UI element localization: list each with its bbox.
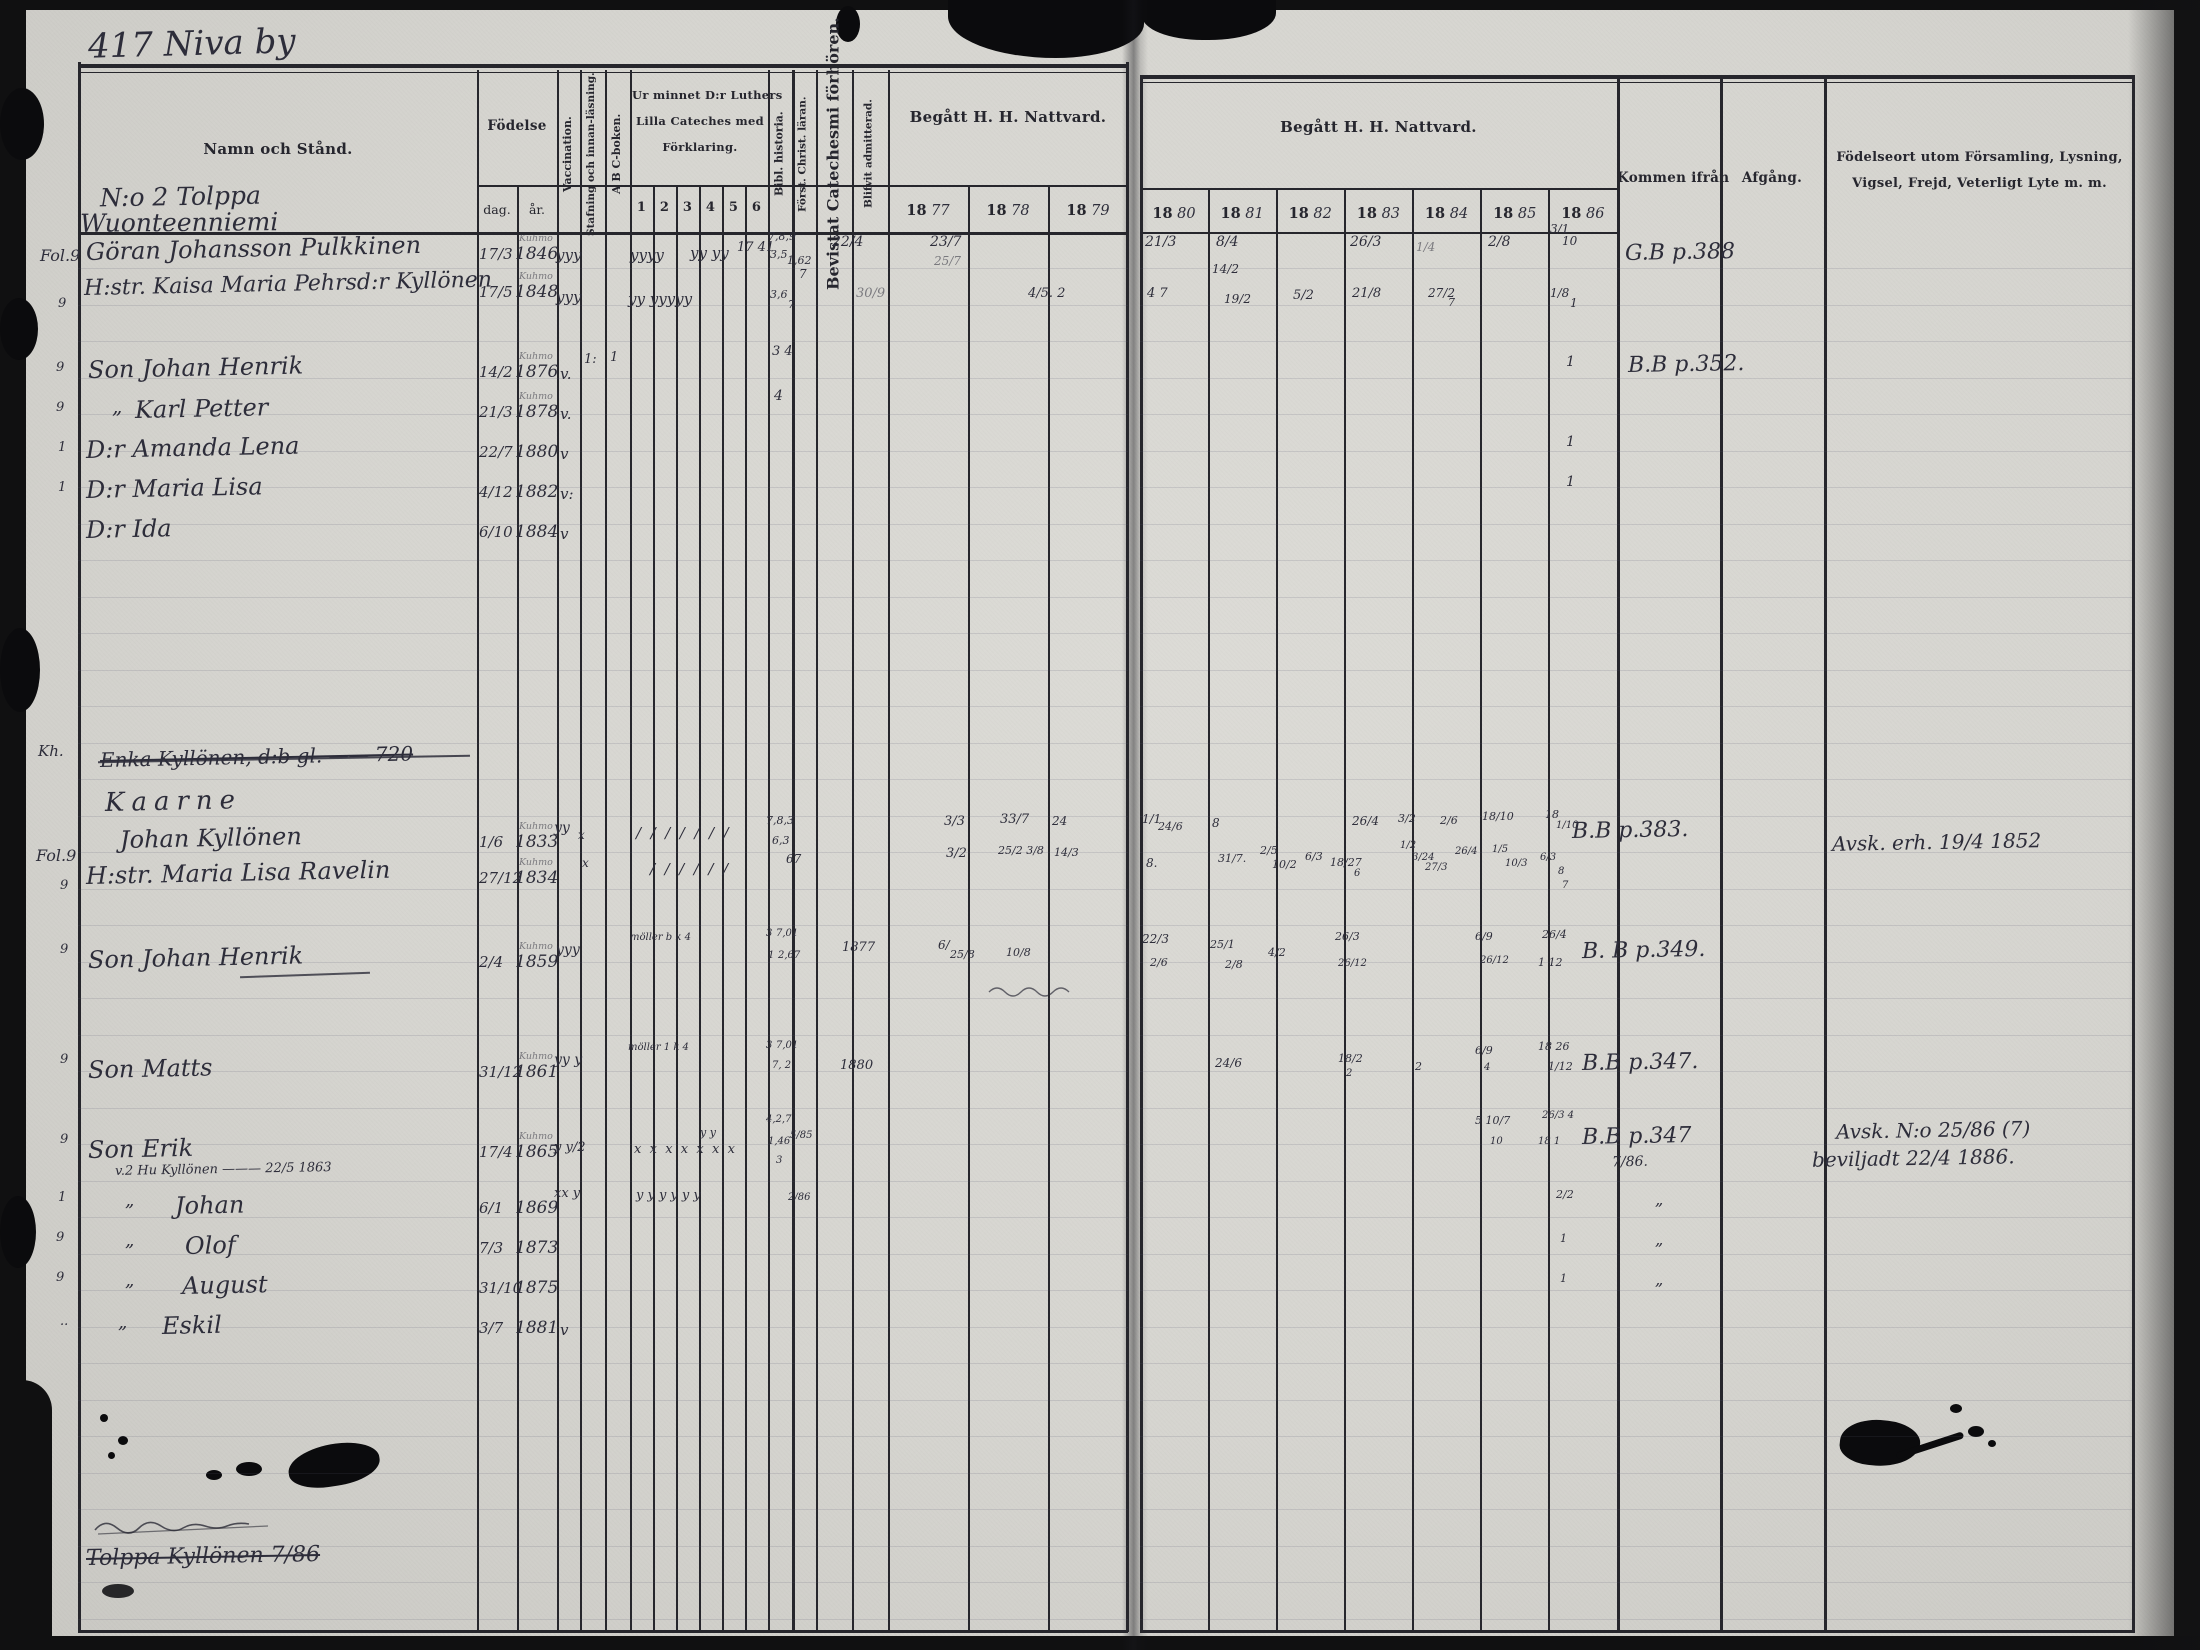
catechism-column-number: 1 bbox=[630, 200, 653, 215]
birth-place: Kuhmo bbox=[519, 391, 553, 402]
handwritten-mark: 6/9 bbox=[1475, 1044, 1493, 1057]
ledger-rule bbox=[1140, 1619, 2132, 1620]
handwritten-mark: 3/2 bbox=[946, 846, 967, 861]
handwritten-mark: y y bbox=[700, 1126, 716, 1139]
birth-year: 1865 bbox=[515, 1142, 558, 1162]
header-attended-exams: Bevistat Catechesmi förhören. bbox=[815, 80, 852, 228]
handwritten-mark: 6/3 bbox=[1540, 852, 1556, 863]
table-column-line bbox=[1344, 188, 1346, 1632]
handwritten-mark: 1/5 bbox=[1492, 844, 1508, 855]
margin-note: „ bbox=[118, 1312, 127, 1333]
header-name-col: Namn och Stånd. bbox=[78, 140, 478, 158]
handwritten-mark: 14/2 bbox=[1212, 262, 1239, 276]
birth-day: 14/2 bbox=[479, 363, 513, 381]
ledger-rule bbox=[1140, 414, 2132, 415]
handwritten-mark: 6 bbox=[1354, 868, 1360, 879]
vaccination-mark: v. bbox=[560, 365, 571, 383]
handwritten-mark: yyy bbox=[556, 246, 581, 264]
scribble-line bbox=[90, 1516, 280, 1540]
birth-day: 7/3 bbox=[479, 1239, 503, 1257]
handwritten-mark: 26/4 bbox=[1542, 928, 1567, 941]
ledger-rule bbox=[78, 524, 1128, 525]
handwritten-mark: möller 1 k 4 bbox=[628, 1042, 689, 1053]
birth-place: Kuhmo bbox=[519, 821, 553, 832]
birth-year: 1834 bbox=[515, 868, 558, 888]
catechism-column-number: 5 bbox=[722, 200, 745, 215]
handwritten-mark: 7,8,9 bbox=[768, 230, 796, 243]
ledger-rule bbox=[78, 633, 1128, 634]
handwritten-mark: yy y bbox=[554, 1052, 582, 1068]
ledger-rule bbox=[78, 670, 1128, 671]
ledger-rule bbox=[78, 1619, 1128, 1620]
record-name: Son Johan Henrik bbox=[88, 941, 304, 974]
handwritten-mark: 4 bbox=[774, 388, 783, 404]
handwritten-mark: yy bbox=[554, 820, 570, 836]
ledger-rule bbox=[78, 341, 1128, 342]
annotation-note: B.B p.383. bbox=[1572, 817, 1689, 844]
annotation-note: Tolppa Kyllönen 7/86 bbox=[86, 1542, 320, 1571]
handwritten-mark: 2/2 bbox=[1556, 1188, 1574, 1201]
ledger-rule bbox=[78, 305, 1128, 306]
handwritten-mark: 25/1 bbox=[1210, 938, 1235, 951]
ledger-rule bbox=[78, 816, 1128, 817]
handwritten-mark: „ bbox=[1655, 1270, 1663, 1289]
ledger-rule bbox=[1140, 743, 2132, 744]
table-row-line bbox=[1140, 188, 1617, 190]
table-column-line bbox=[745, 185, 747, 1632]
communion-year-1882: 18 82 bbox=[1276, 205, 1344, 222]
record-name: D:r Amanda Lena bbox=[86, 432, 300, 464]
handwritten-mark: 3 bbox=[766, 1040, 772, 1051]
birth-year: 1882 bbox=[515, 482, 558, 502]
ledger-rule bbox=[1140, 925, 2132, 926]
margin-note: „ bbox=[112, 394, 122, 418]
handwritten-mark: 3/3 bbox=[944, 814, 965, 829]
ledger-rule bbox=[1140, 889, 2132, 890]
header-birth-year: år. bbox=[517, 202, 557, 217]
header-birth: Födelse bbox=[477, 118, 557, 134]
communion-year-1886: 18 86 bbox=[1549, 205, 1617, 222]
table-column-line bbox=[1824, 75, 1827, 1632]
margin-note: 9 bbox=[56, 1230, 64, 1245]
handwritten-mark: 26/3 bbox=[1335, 930, 1360, 943]
ledger-rule bbox=[78, 1582, 1128, 1583]
annotation-note: G.B p.388 bbox=[1625, 239, 1735, 266]
birth-year: 1869 bbox=[515, 1198, 558, 1218]
margin-note: 1 bbox=[58, 440, 66, 455]
table-column-line bbox=[1208, 188, 1210, 1632]
table-column-line bbox=[1548, 188, 1550, 1632]
table-column-line bbox=[1412, 188, 1414, 1632]
handwritten-mark: 6/3 bbox=[1305, 850, 1323, 863]
ledger-rule bbox=[1140, 1509, 2132, 1510]
handwritten-mark: 10 bbox=[1562, 234, 1577, 248]
margin-note: „ bbox=[125, 1230, 134, 1251]
table-row-line bbox=[1140, 1630, 2135, 1633]
handwritten-mark: 1/12 bbox=[1548, 1060, 1573, 1073]
handwritten-mark: 1/10 bbox=[1556, 820, 1578, 831]
communion-year-1879: 18 79 bbox=[1048, 202, 1128, 219]
handwritten-mark: yyyy bbox=[630, 246, 664, 264]
vaccination-mark: v bbox=[560, 525, 568, 543]
birth-day: 17/5 bbox=[479, 283, 513, 301]
birth-day: 3/7 bbox=[479, 1319, 503, 1337]
ledger-rule bbox=[1140, 1035, 2132, 1036]
ledger-rule bbox=[1140, 670, 2132, 671]
handwritten-mark: x x x x x x x bbox=[634, 1142, 735, 1157]
handwritten-mark: / / / / / / bbox=[650, 860, 728, 878]
communion-year-1884: 18 84 bbox=[1413, 205, 1481, 222]
ledger-rule bbox=[1140, 706, 2132, 707]
handwritten-mark: 2 bbox=[1415, 1060, 1422, 1073]
ledger-rule bbox=[78, 743, 1128, 744]
handwritten-mark: 1 bbox=[1566, 474, 1575, 490]
record-name: Eskil bbox=[162, 1311, 222, 1340]
birth-year: 1876 bbox=[515, 362, 558, 382]
handwritten-mark: yyy bbox=[556, 288, 581, 306]
handwritten-mark: 1/8 bbox=[1550, 286, 1569, 300]
birth-year: 1859 bbox=[515, 952, 558, 972]
ledger-rule bbox=[1140, 1400, 2132, 1401]
handwritten-mark: 4,2,7 bbox=[766, 1114, 791, 1125]
margin-note: 1 bbox=[58, 1190, 66, 1205]
ink-blot-bottom-left bbox=[206, 1470, 222, 1480]
ink-dot bbox=[1988, 1440, 1996, 1447]
header-birthplace-note2: Vigsel, Frejd, Veterligt Lyte m. m. bbox=[1824, 176, 2135, 191]
handwritten-mark: 27/3 bbox=[1425, 862, 1447, 873]
table-column-line bbox=[1276, 188, 1278, 1632]
birth-year: 1873 bbox=[515, 1238, 558, 1258]
handwritten-mark: 1,46 bbox=[768, 1136, 790, 1147]
handwritten-mark: 25/8 bbox=[950, 948, 975, 961]
ink-blot-bottom-left bbox=[236, 1462, 262, 1476]
ledger-rule bbox=[1140, 1290, 2132, 1291]
ledger-rule bbox=[78, 889, 1128, 890]
handwritten-mark: 25/2 3/8 bbox=[998, 844, 1044, 857]
ink-dot bbox=[108, 1452, 115, 1459]
communion-year-1880: 18 80 bbox=[1140, 205, 1208, 222]
margin-note: 9 bbox=[60, 942, 68, 957]
handwritten-mark: „ bbox=[1655, 1190, 1663, 1209]
ink-dot bbox=[100, 1414, 108, 1422]
ledger-rule bbox=[78, 925, 1128, 926]
handwritten-mark: 18 26 bbox=[1538, 1040, 1570, 1053]
handwritten-mark: 1 bbox=[610, 350, 618, 365]
handwritten-mark: 7 bbox=[799, 267, 807, 281]
ledger-rule bbox=[78, 597, 1128, 598]
ledger-rule bbox=[1140, 1327, 2132, 1328]
margin-note: 9 bbox=[60, 1132, 68, 1147]
table-row-line bbox=[78, 64, 1128, 68]
handwritten-mark: 18/2 bbox=[1338, 1052, 1363, 1065]
communion-year-1878: 18 78 bbox=[968, 202, 1048, 219]
handwritten-mark: 1,62 bbox=[787, 254, 812, 267]
ledger-rule bbox=[78, 1071, 1128, 1072]
edge-tear bbox=[0, 1196, 36, 1268]
table-column-line bbox=[968, 185, 970, 1632]
handwritten-mark: möller b k 4 bbox=[630, 932, 691, 943]
right-edge-shadow bbox=[2128, 0, 2200, 1650]
annotation-note: B.B p.347 bbox=[1582, 1123, 1692, 1150]
header-birth-day: dag. bbox=[477, 202, 517, 217]
ledger-rule bbox=[1140, 1546, 2132, 1547]
ledger-rule bbox=[1140, 305, 2132, 306]
birth-year: 1878 bbox=[515, 402, 558, 422]
birth-place: Kuhmo bbox=[519, 857, 553, 868]
handwritten-mark: 23/7 bbox=[930, 234, 961, 250]
birth-day: 6/10 bbox=[479, 523, 513, 541]
table-column-line bbox=[2132, 75, 2135, 1632]
table-row-line bbox=[78, 1630, 1128, 1633]
handwritten-mark: 1 bbox=[1560, 1272, 1567, 1285]
birth-place: Kuhmo bbox=[519, 1051, 553, 1062]
record-name: Johan Kyllönen bbox=[120, 822, 302, 854]
handwritten-mark: xx y bbox=[554, 1186, 580, 1201]
handwritten-mark: 5 10/7 bbox=[1475, 1114, 1510, 1127]
table-row-line bbox=[78, 72, 1128, 73]
birth-day: 6/1 bbox=[479, 1199, 503, 1217]
annotation-note: B.B p.352. bbox=[1628, 351, 1745, 378]
ledger-rule bbox=[1140, 487, 2132, 488]
scanned-church-record-spread: 417 Niva by Namn och Stånd. Födelse dag.… bbox=[0, 0, 2200, 1650]
handwritten-mark: 26/12 bbox=[1338, 958, 1367, 969]
handwritten-mark: 19/2 bbox=[1224, 292, 1251, 306]
handwritten-mark: 7,01 bbox=[776, 1040, 798, 1051]
handwritten-mark: 2/6 bbox=[1150, 956, 1168, 969]
catechism-column-number: 4 bbox=[699, 200, 722, 215]
birth-place: Kuhmo bbox=[519, 351, 553, 362]
ledger-rule bbox=[1140, 268, 2132, 269]
handwritten-mark: 26/3 bbox=[1350, 234, 1381, 250]
ink-dot bbox=[1950, 1404, 1962, 1413]
table-column-line bbox=[78, 62, 81, 1632]
handwritten-mark: 6,3 bbox=[772, 834, 790, 847]
table-column-line bbox=[722, 185, 724, 1632]
header-departure: Afgång. bbox=[1720, 170, 1824, 186]
margin-note: 1 bbox=[58, 480, 66, 495]
margin-note: „ bbox=[125, 1270, 134, 1291]
handwritten-mark: 7,8,3 bbox=[766, 814, 794, 827]
handwritten-mark: 1877 bbox=[842, 940, 875, 955]
ledger-rule bbox=[78, 852, 1128, 853]
margin-note: 9 bbox=[60, 878, 68, 893]
edge-tear bbox=[0, 1380, 52, 1650]
header-catechism-line3: Förklaring. bbox=[632, 140, 768, 154]
birth-year: 1880 bbox=[515, 442, 558, 462]
handwritten-mark: 8 bbox=[1212, 816, 1220, 830]
table-column-line bbox=[1617, 75, 1620, 1632]
margin-note: „ bbox=[125, 1190, 134, 1211]
handwritten-mark: 18/10 bbox=[1482, 810, 1514, 823]
ledger-rule bbox=[1140, 524, 2132, 525]
handwritten-mark: 1 12 bbox=[1538, 956, 1563, 969]
ledger-rule bbox=[78, 998, 1128, 999]
table-row-line bbox=[1140, 75, 2135, 79]
edge-tear bbox=[0, 628, 40, 712]
margin-note: .. bbox=[60, 1314, 68, 1329]
record-name: Johan bbox=[175, 1191, 245, 1220]
header-communion-right: Begått H. H. Nattvard. bbox=[1140, 118, 1617, 136]
birth-day: 22/7 bbox=[479, 443, 513, 461]
handwritten-mark: y y y y y y bbox=[636, 1188, 701, 1203]
handwritten-mark: 2/6 bbox=[1440, 814, 1458, 827]
vaccination-mark: v bbox=[560, 445, 568, 463]
birth-year: 1884 bbox=[515, 522, 558, 542]
handwritten-mark: 4 bbox=[1484, 1062, 1490, 1073]
record-name: Son Matts bbox=[88, 1053, 213, 1084]
table-row-line bbox=[1140, 82, 2135, 83]
birth-year: 1875 bbox=[515, 1278, 558, 1298]
annotation-note: 7/86. bbox=[1612, 1154, 1648, 1171]
birth-year: 1833 bbox=[515, 832, 558, 852]
handwritten-mark: 18 1 bbox=[1538, 1136, 1560, 1147]
catechism-column-number: 2 bbox=[653, 200, 676, 215]
handwritten-mark: 4/2 bbox=[1268, 946, 1286, 959]
table-column-line bbox=[699, 185, 701, 1632]
handwritten-mark: 10/3 bbox=[1505, 858, 1527, 869]
page-title: 417 Niva by bbox=[88, 21, 297, 66]
handwritten-mark: 30/9 bbox=[856, 286, 885, 301]
handwritten-mark: 10 bbox=[1490, 1136, 1503, 1147]
ledger-rule bbox=[78, 706, 1128, 707]
ledger-rule bbox=[78, 1509, 1128, 1510]
section-heading: Kaarne bbox=[105, 785, 243, 818]
birth-day: 2/4 bbox=[479, 953, 503, 971]
handwritten-mark: 1 bbox=[1566, 434, 1575, 450]
margin-note: Kh. bbox=[38, 742, 64, 760]
record-name: Son Erik bbox=[88, 1134, 194, 1164]
handwritten-mark: 22/4 bbox=[832, 234, 863, 250]
birth-place: Kuhmo bbox=[519, 233, 553, 244]
handwritten-mark: 1 bbox=[768, 950, 774, 961]
table-column-line bbox=[1126, 62, 1129, 1632]
ledger-rule bbox=[78, 1181, 1128, 1182]
handwritten-mark: 21/8 bbox=[1352, 286, 1381, 301]
handwritten-mark: 67 bbox=[786, 852, 801, 866]
handwritten-mark: 2,67 bbox=[778, 950, 800, 961]
margin-note: 9 bbox=[56, 400, 64, 415]
handwritten-mark: 3,6 bbox=[770, 288, 788, 301]
handwritten-mark: 24 bbox=[1052, 814, 1067, 828]
record-name: Olof bbox=[185, 1231, 236, 1260]
ledger-rule bbox=[78, 1400, 1128, 1401]
ledger-rule bbox=[78, 779, 1128, 780]
handwritten-mark: yyy bbox=[556, 942, 580, 958]
handwritten-mark: 21/3 bbox=[1145, 234, 1176, 250]
handwritten-mark: 2/86 bbox=[788, 1192, 810, 1203]
handwritten-mark: 24/6 bbox=[1158, 820, 1183, 833]
handwritten-mark: 3 bbox=[776, 1155, 782, 1166]
ledger-rule bbox=[78, 1473, 1128, 1474]
handwritten-mark: 7 bbox=[1562, 880, 1568, 891]
handwritten-mark: 1/4 bbox=[1416, 240, 1435, 254]
birth-day: 17/3 bbox=[479, 245, 513, 263]
handwritten-mark: 24/6 bbox=[1215, 1056, 1242, 1070]
margin-note: 9 bbox=[56, 1270, 64, 1285]
handwritten-mark: 6/9 bbox=[1475, 930, 1493, 943]
header-catechism-line1: Ur minnet D:r Luthers bbox=[632, 88, 768, 102]
catechism-column-number: 3 bbox=[676, 200, 699, 215]
ink-smudge bbox=[102, 1584, 134, 1598]
ledger-rule bbox=[1140, 597, 2132, 598]
header-abc-book: A B C-boken. bbox=[604, 80, 630, 228]
annotation-note: B. B p.349. bbox=[1582, 937, 1706, 964]
handwritten-mark: 4/5. 2 bbox=[1028, 286, 1065, 301]
handwritten-mark: / / / / / / / bbox=[636, 824, 729, 842]
header-vaccination: Vaccination. bbox=[556, 80, 580, 228]
handwritten-mark: 3/2 bbox=[1398, 812, 1416, 825]
table-column-line bbox=[1720, 75, 1723, 1632]
ledger-rule bbox=[1140, 1363, 2132, 1364]
record-name: D:r Ida bbox=[86, 514, 172, 544]
handwritten-mark: 4 7 bbox=[1147, 286, 1168, 301]
annotation-note: B.B p.347. bbox=[1582, 1049, 1699, 1076]
vaccination-mark: v. bbox=[560, 405, 571, 423]
communion-year-1881: 18 81 bbox=[1208, 205, 1276, 222]
header-birthplace-note: Födelseort utom Församling, Lysning, bbox=[1824, 150, 2135, 165]
birth-day: 1/6 bbox=[479, 833, 503, 851]
handwritten-mark: 14/3 bbox=[1054, 846, 1079, 859]
record-name: D:r Maria Lisa bbox=[86, 472, 263, 504]
handwritten-mark: 7 bbox=[788, 298, 795, 311]
annotation-note: Avsk. erh. 19/4 1852 bbox=[1832, 828, 2042, 856]
handwritten-mark: 2/5 bbox=[1260, 844, 1278, 857]
handwritten-mark: 8 bbox=[1558, 866, 1564, 877]
handwritten-mark: 8. bbox=[1146, 856, 1157, 870]
ledger-rule bbox=[78, 560, 1128, 561]
ink-dot bbox=[118, 1436, 128, 1445]
margin-note: Fol.9 bbox=[36, 846, 76, 865]
header-spelling-reading: Stafning och innan-läsning. bbox=[579, 80, 605, 228]
handwritten-mark: 7,01 bbox=[776, 928, 798, 939]
record-name: Karl Petter bbox=[135, 393, 269, 424]
ledger-rule bbox=[78, 1144, 1128, 1145]
handwritten-mark: 25/7 bbox=[934, 254, 961, 268]
ledger-rule bbox=[1140, 1436, 2132, 1437]
ledger-rule bbox=[1140, 560, 2132, 561]
birth-day: 17/4 bbox=[479, 1143, 513, 1161]
handwritten-mark: y y/2 bbox=[554, 1140, 585, 1155]
table-column-line bbox=[653, 185, 655, 1632]
edge-tear bbox=[0, 298, 38, 360]
handwritten-mark: 26/4 bbox=[1455, 846, 1477, 857]
record-name: Son Johan Henrik bbox=[88, 351, 304, 384]
handwritten-mark: 22/3 bbox=[1142, 932, 1169, 946]
birth-day: 21/3 bbox=[479, 403, 513, 421]
handwritten-mark: x bbox=[582, 856, 589, 870]
handwritten-mark: 3 4 bbox=[772, 344, 793, 359]
handwritten-mark: 2/8 bbox=[1225, 958, 1243, 971]
handwritten-mark: 1 bbox=[1560, 1232, 1567, 1245]
table-column-line bbox=[1048, 185, 1050, 1632]
header-admitted: Blifvit admitterad. bbox=[851, 80, 888, 228]
ledger-rule bbox=[78, 1363, 1128, 1364]
communion-year-1885: 18 85 bbox=[1481, 205, 1549, 222]
ledger-rule bbox=[78, 1327, 1128, 1328]
ledger-rule bbox=[1140, 633, 2132, 634]
ledger-rule bbox=[1140, 1582, 2132, 1583]
record-name: August bbox=[182, 1270, 268, 1300]
handwritten-mark: 3,5 bbox=[770, 248, 788, 261]
birth-day: 4/12 bbox=[479, 483, 513, 501]
table-row-line bbox=[477, 185, 1128, 187]
margin-note: 9 bbox=[58, 296, 66, 311]
handwritten-mark: 26/12 bbox=[1480, 955, 1509, 966]
ledger-rule bbox=[1140, 1181, 2132, 1182]
birth-place: Kuhmo bbox=[519, 941, 553, 952]
header-communion-left: Begått H. H. Nattvard. bbox=[888, 108, 1128, 126]
birth-year: 1848 bbox=[515, 282, 558, 302]
